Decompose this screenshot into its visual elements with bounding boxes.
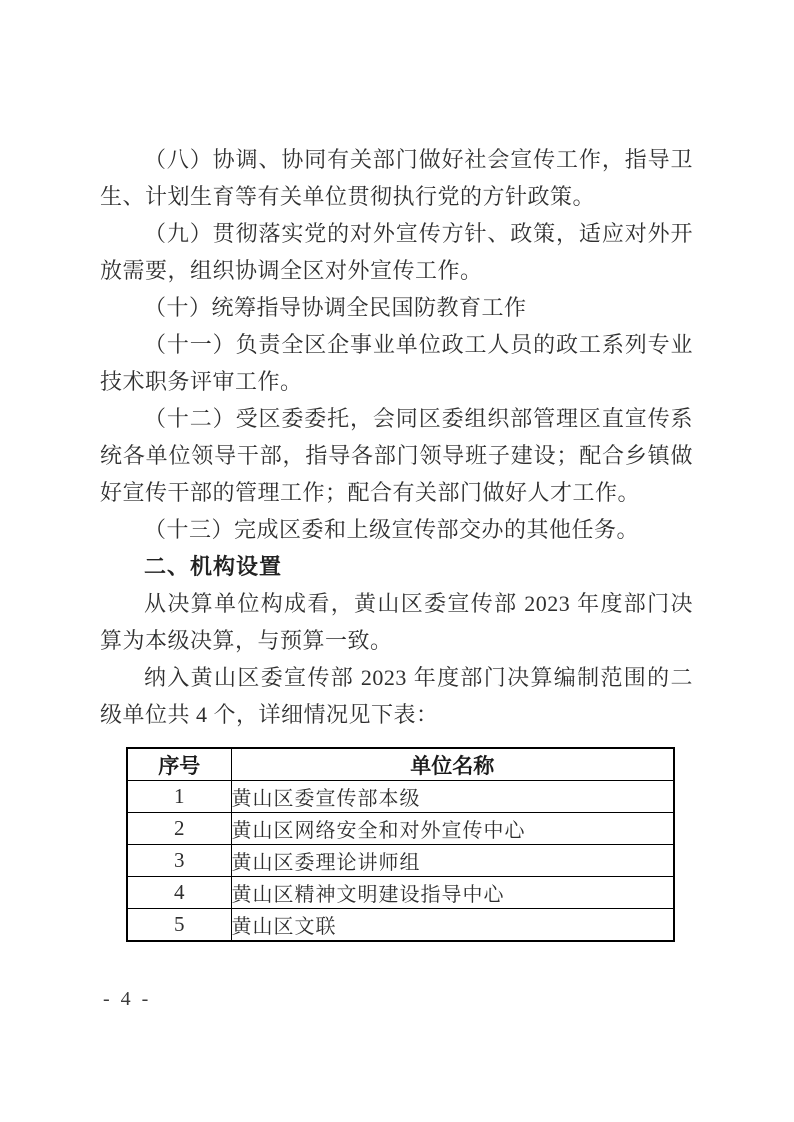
row-number: 4 (127, 877, 231, 909)
paragraph-item-10: （十）统筹指导协调全民国防教育工作 (100, 289, 693, 326)
paragraph-item-9: （九）贯彻落实党的对外宣传方针、政策，适应对外开放需要，组织协调全区对外宣传工作… (100, 215, 693, 289)
document-page: （八）协调、协同有关部门做好社会宣传工作，指导卫生、计划生育等有关单位贯彻执行党… (0, 0, 794, 1122)
table-row: 1 黄山区委宣传部本级 (127, 781, 674, 813)
row-number: 1 (127, 781, 231, 813)
section-paragraph-2: 纳入黄山区委宣传部 2023 年度部门决算编制范围的二级单位共 4 个，详细情况… (100, 659, 693, 733)
unit-name: 黄山区精神文明建设指导中心 (231, 877, 674, 909)
table-row: 3 黄山区委理论讲师组 (127, 845, 674, 877)
document-body: （八）协调、协同有关部门做好社会宣传工作，指导卫生、计划生育等有关单位贯彻执行党… (100, 141, 693, 942)
row-number: 2 (127, 813, 231, 845)
paragraph-item-13: （十三）完成区委和上级宣传部交办的其他任务。 (100, 511, 693, 548)
unit-name: 黄山区文联 (231, 909, 674, 942)
section-heading: 二、机构设置 (100, 548, 693, 585)
unit-name: 黄山区网络安全和对外宣传中心 (231, 813, 674, 845)
table-row: 2 黄山区网络安全和对外宣传中心 (127, 813, 674, 845)
section-paragraph-1: 从决算单位构成看，黄山区委宣传部 2023 年度部门决算为本级决算，与预算一致。 (100, 585, 693, 659)
row-number: 3 (127, 845, 231, 877)
units-table: 序号 单位名称 1 黄山区委宣传部本级 2 黄山区网络安全和对外宣传中心 3 黄… (126, 747, 675, 942)
table-header-row: 序号 单位名称 (127, 748, 674, 781)
page-number: - 4 - (103, 988, 151, 1011)
paragraph-item-11: （十一）负责全区企事业单位政工人员的政工系列专业技术职务评审工作。 (100, 326, 693, 400)
unit-name: 黄山区委宣传部本级 (231, 781, 674, 813)
paragraph-item-12: （十二）受区委委托，会同区委组织部管理区直宣传系统各单位领导干部，指导各部门领导… (100, 400, 693, 511)
table-header-name: 单位名称 (231, 748, 674, 781)
table-row: 5 黄山区文联 (127, 909, 674, 942)
table-header-no: 序号 (127, 748, 231, 781)
paragraph-item-8: （八）协调、协同有关部门做好社会宣传工作，指导卫生、计划生育等有关单位贯彻执行党… (100, 141, 693, 215)
unit-name: 黄山区委理论讲师组 (231, 845, 674, 877)
table-row: 4 黄山区精神文明建设指导中心 (127, 877, 674, 909)
row-number: 5 (127, 909, 231, 942)
